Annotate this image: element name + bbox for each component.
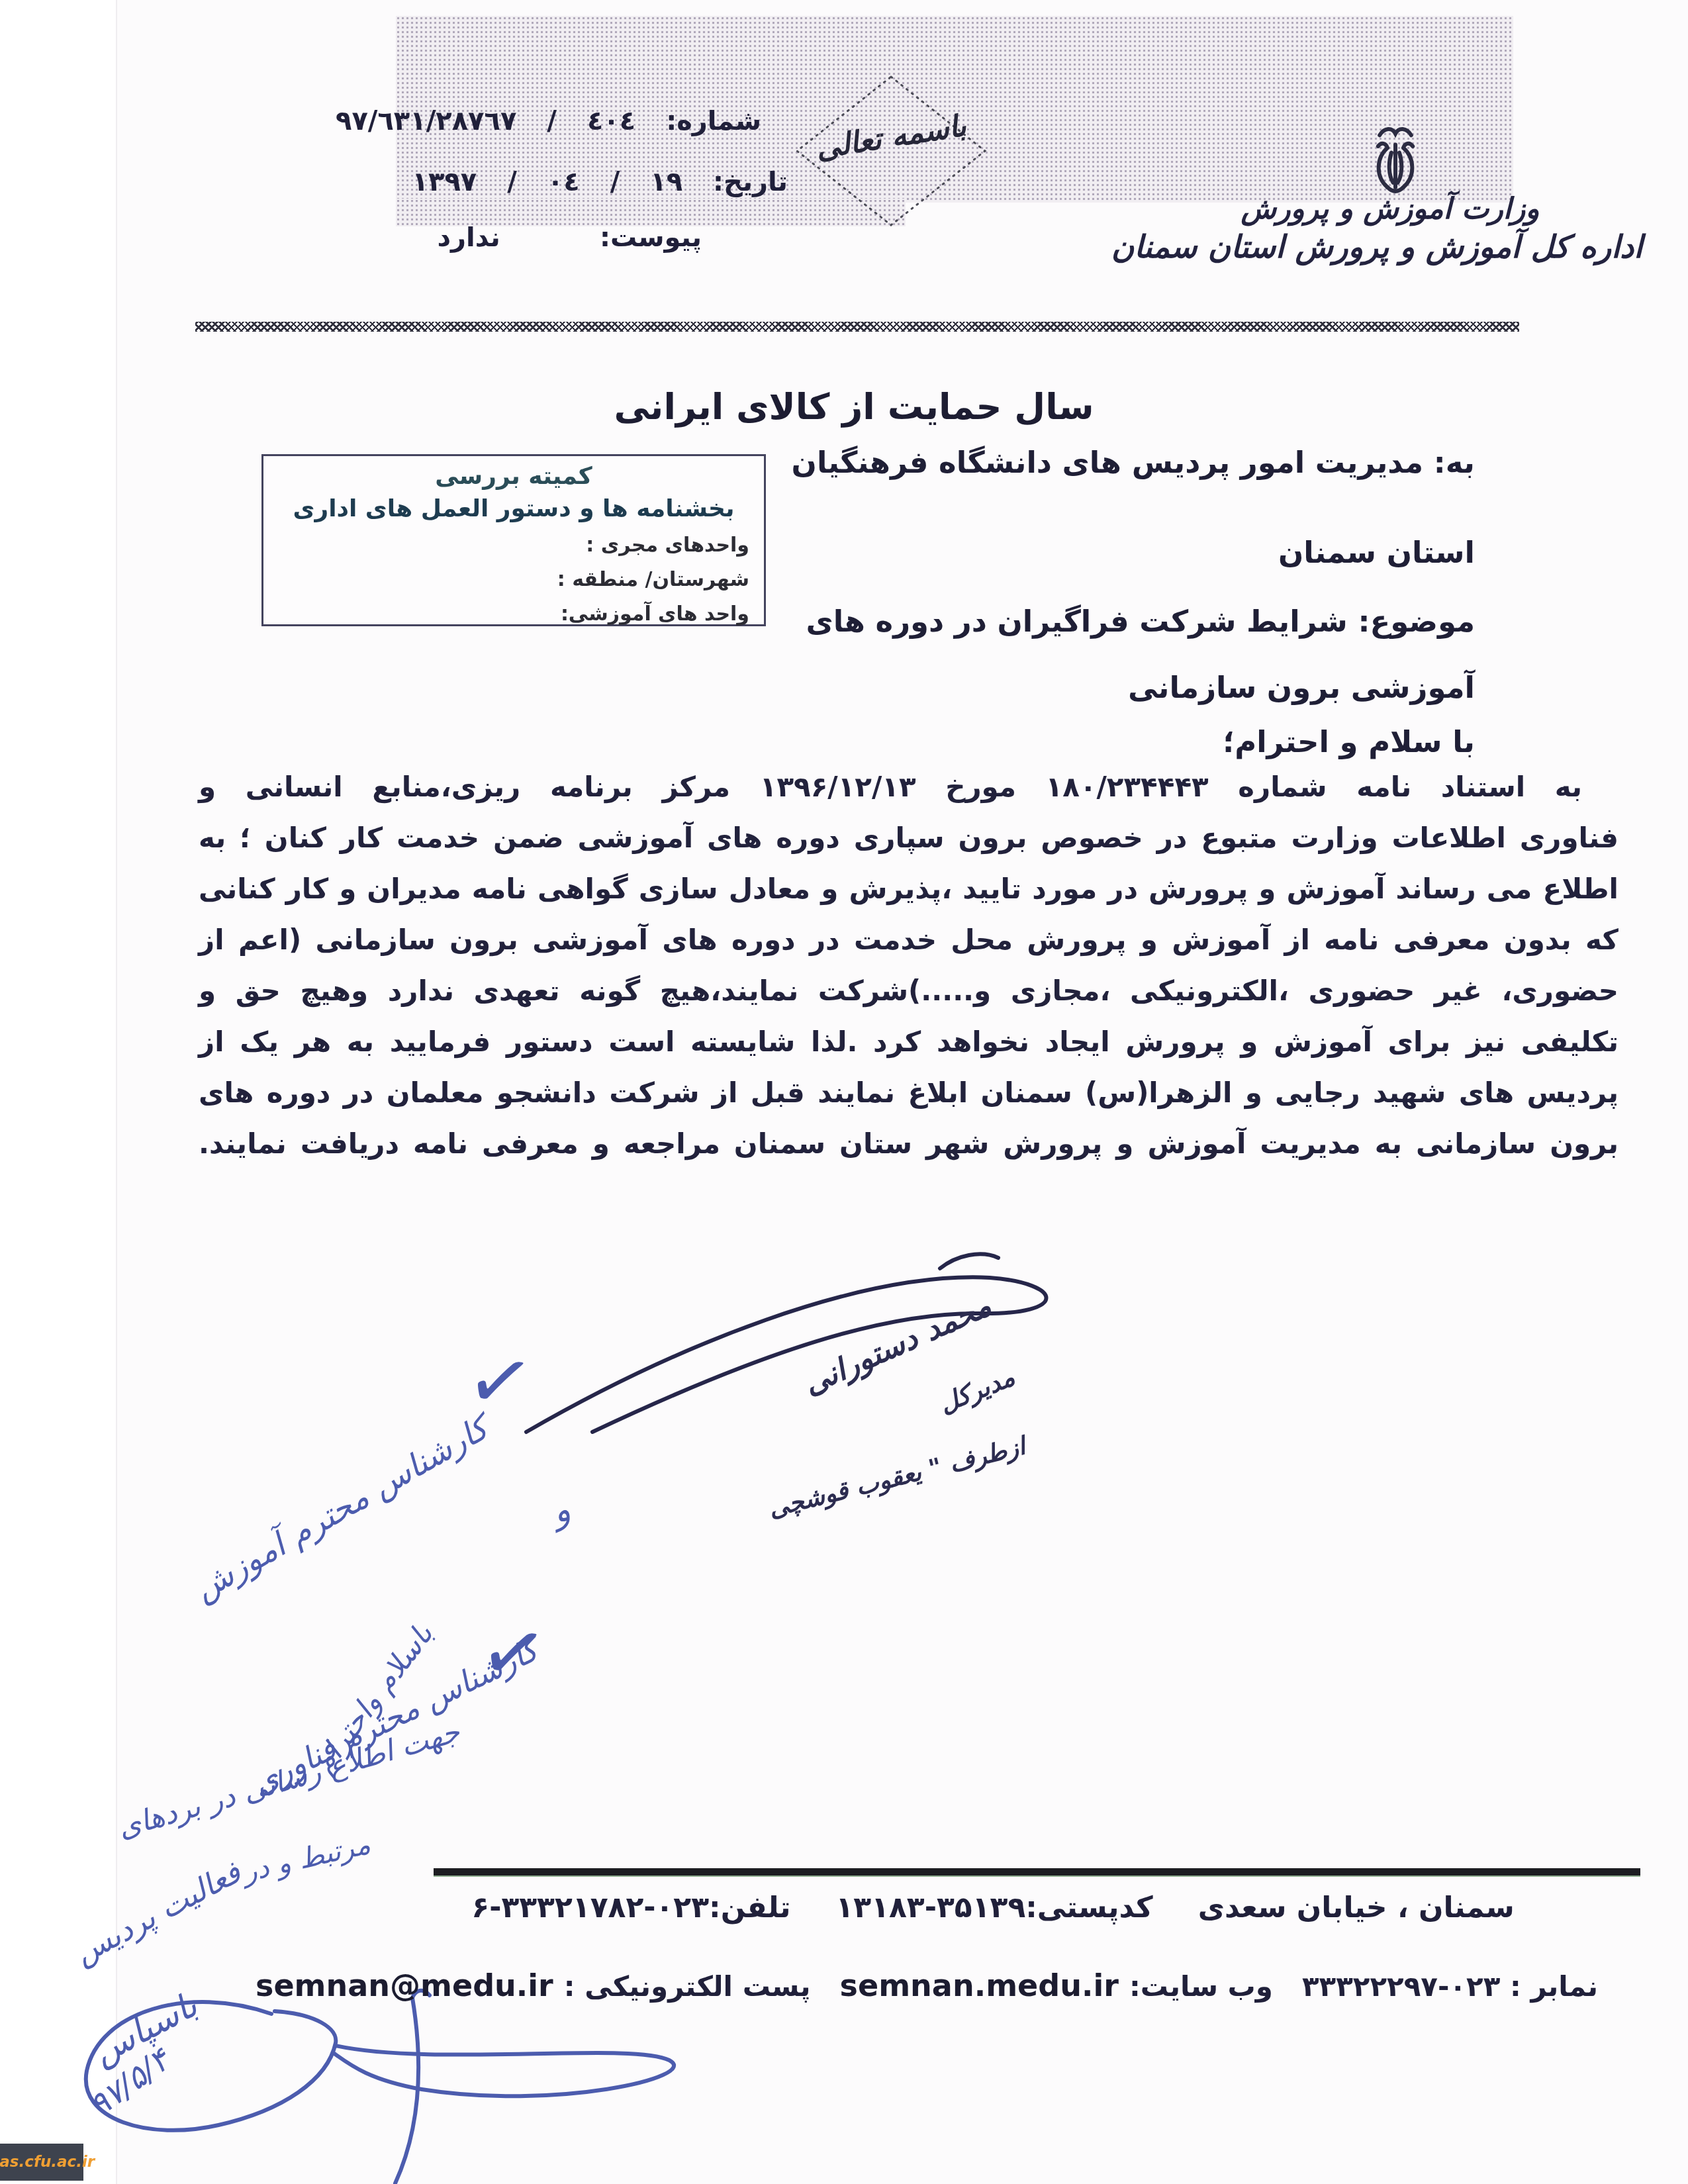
subject-line-2: آموزشی برون سازمانی	[1128, 670, 1475, 705]
body-paragraph: به استناد نامه شماره ۱۸۰/۲۳۴۴۴۳ مورخ ۱۳۹…	[199, 761, 1618, 1169]
scanned-letter-page: شماره: ٤٠٤ / ٩٧/٦٣١/٢٨٧٦٧ تاریخ: ١٩ / ٠٤…	[0, 0, 1688, 2184]
letter-number-row: شماره: ٤٠٤ / ٩٧/٦٣١/٢٨٧٦٧	[336, 106, 761, 136]
stamp-field-executing-units: واحدهای مجری :	[263, 534, 749, 557]
salutation: با سلام و احترام؛	[1223, 724, 1475, 759]
review-stamp-box: کمیته بررسی بخشنامه ها و دستور العمل های…	[261, 454, 766, 626]
date-month: ٠٤	[547, 167, 580, 197]
stamp-subtitle: بخشنامه ها و دستور العمل های اداری	[263, 495, 764, 522]
attachment-row: پیوست: ندارد	[438, 222, 702, 253]
footer-website: وب سایت: semnan.medu.ir	[840, 1968, 1273, 2003]
body-line-1: به استناد نامه شماره ۱۸۰/۲۳۴۴۴۳ مورخ ۱۳۹…	[199, 761, 1618, 812]
footer-phone: تلفن:۰۲۳-۳۳۳۲۱۷۸۲-۶	[471, 1891, 790, 1924]
footer-address-line: سمنان ، خیابان سعدی کدپستی:۳۵۱۳۹-۱۳۱۸۳ ت…	[298, 1891, 1688, 1924]
website-label: وب سایت:	[1129, 1970, 1273, 2003]
body-line-3: اطلاع می رساند آموزش و پرورش در مورد تای…	[199, 863, 1618, 914]
scan-left-margin	[0, 0, 117, 2184]
recipient-line-1: به: مدیریت امور پردیس های دانشگاه فرهنگی…	[792, 445, 1475, 480]
body-line-7: پردیس های شهید رجایی و الزهرا(س) سمنان ا…	[199, 1067, 1618, 1118]
number-part1: ٤٠٤	[587, 106, 635, 136]
signature-flourish-icon	[516, 1230, 1165, 1448]
handwritten-note-education-expert: کارشناس محترم آموزش	[201, 1409, 494, 1601]
website-value: semnan.medu.ir	[840, 1968, 1119, 2003]
ministry-name: وزارت آموزش و پرورش	[1158, 192, 1622, 226]
slogan-title: سال حمایت از کالای ایرانی	[583, 386, 1125, 428]
body-line-4: که بدون معرفی نامه از آموزش و پرورش محل …	[199, 914, 1618, 965]
date-separator-1: /	[610, 167, 620, 197]
body-line-6: تکلیفی نیز برای آموزش و پرورش ایجاد نخوا…	[199, 1016, 1618, 1067]
stamp-field-educational-units: واحد های آموزشی:	[263, 602, 749, 626]
stamp-title: کمیته بررسی	[263, 463, 764, 490]
zigzag-divider	[195, 322, 1519, 332]
besmele-diamond: باسمه تعالی	[794, 74, 988, 228]
stamp-field-county-region: شهرستان/ منطقه :	[263, 568, 749, 591]
letter-date-row: تاریخ: ١٩ / ٠٤ / ١٣٩٧	[412, 167, 788, 197]
footer-contact-line: نمابر : ۰۲۳-۳۳۳۲۲۲۹۷ وب سایت: semnan.med…	[232, 1968, 1622, 2003]
office-name: اداره کل آموزش و پرورش استان سمنان	[1086, 229, 1668, 265]
body-line-5: حضوری، غیر حضوری ،الکترونیکی ،مجازی و...…	[199, 965, 1618, 1016]
number-separator: /	[547, 106, 557, 136]
attachment-label: پیوست:	[600, 222, 702, 253]
email-value: semnan@medu.ir	[256, 1968, 553, 2003]
body-line-8: برون سازمانی به مدیریت آموزش و پرورش شهر…	[199, 1118, 1618, 1169]
watermark-badge: pas.cfu.ac.ir	[0, 2144, 83, 2181]
footer-rule	[434, 1868, 1640, 1875]
date-label: تاریخ:	[713, 167, 788, 197]
body-line-2: فناوری اطلاعات وزارت متبوع در خصوص برون …	[199, 812, 1618, 863]
footer-email: پست الکترونیکی : semnan@medu.ir	[256, 1968, 811, 2003]
handwritten-info-note: جهت اطلاع رسانی در بردهای	[73, 1715, 464, 1856]
attachment-value: ندارد	[438, 222, 500, 253]
date-separator-2: /	[507, 167, 517, 197]
email-label: پست الکترونیکی :	[564, 1970, 811, 2003]
number-part2: ٩٧/٦٣١/٢٨٧٦٧	[336, 106, 516, 136]
subject-line-1: موضوع: شرایط شرکت فراگیران در دوره های	[806, 604, 1475, 639]
watermark-text: pas.cfu.ac.ir	[0, 2154, 95, 2171]
handwritten-related-note: مرتبط و در	[240, 1828, 373, 1889]
number-label: شماره:	[666, 106, 761, 136]
footer-city: سمنان ، خیابان سعدی	[1198, 1891, 1515, 1924]
handwritten-and: و	[547, 1490, 575, 1533]
footer-fax: نمابر : ۰۲۳-۳۳۳۲۲۲۹۷	[1302, 1970, 1598, 2003]
date-day: ١٩	[650, 167, 682, 197]
recipient-line-2: استان سمنان	[1278, 535, 1475, 570]
footer-postal-code: کدپستی:۳۵۱۳۹-۱۳۱۸۳	[835, 1891, 1152, 1924]
iran-emblem-icon	[1356, 126, 1435, 200]
date-year: ١٣٩٧	[412, 167, 477, 197]
